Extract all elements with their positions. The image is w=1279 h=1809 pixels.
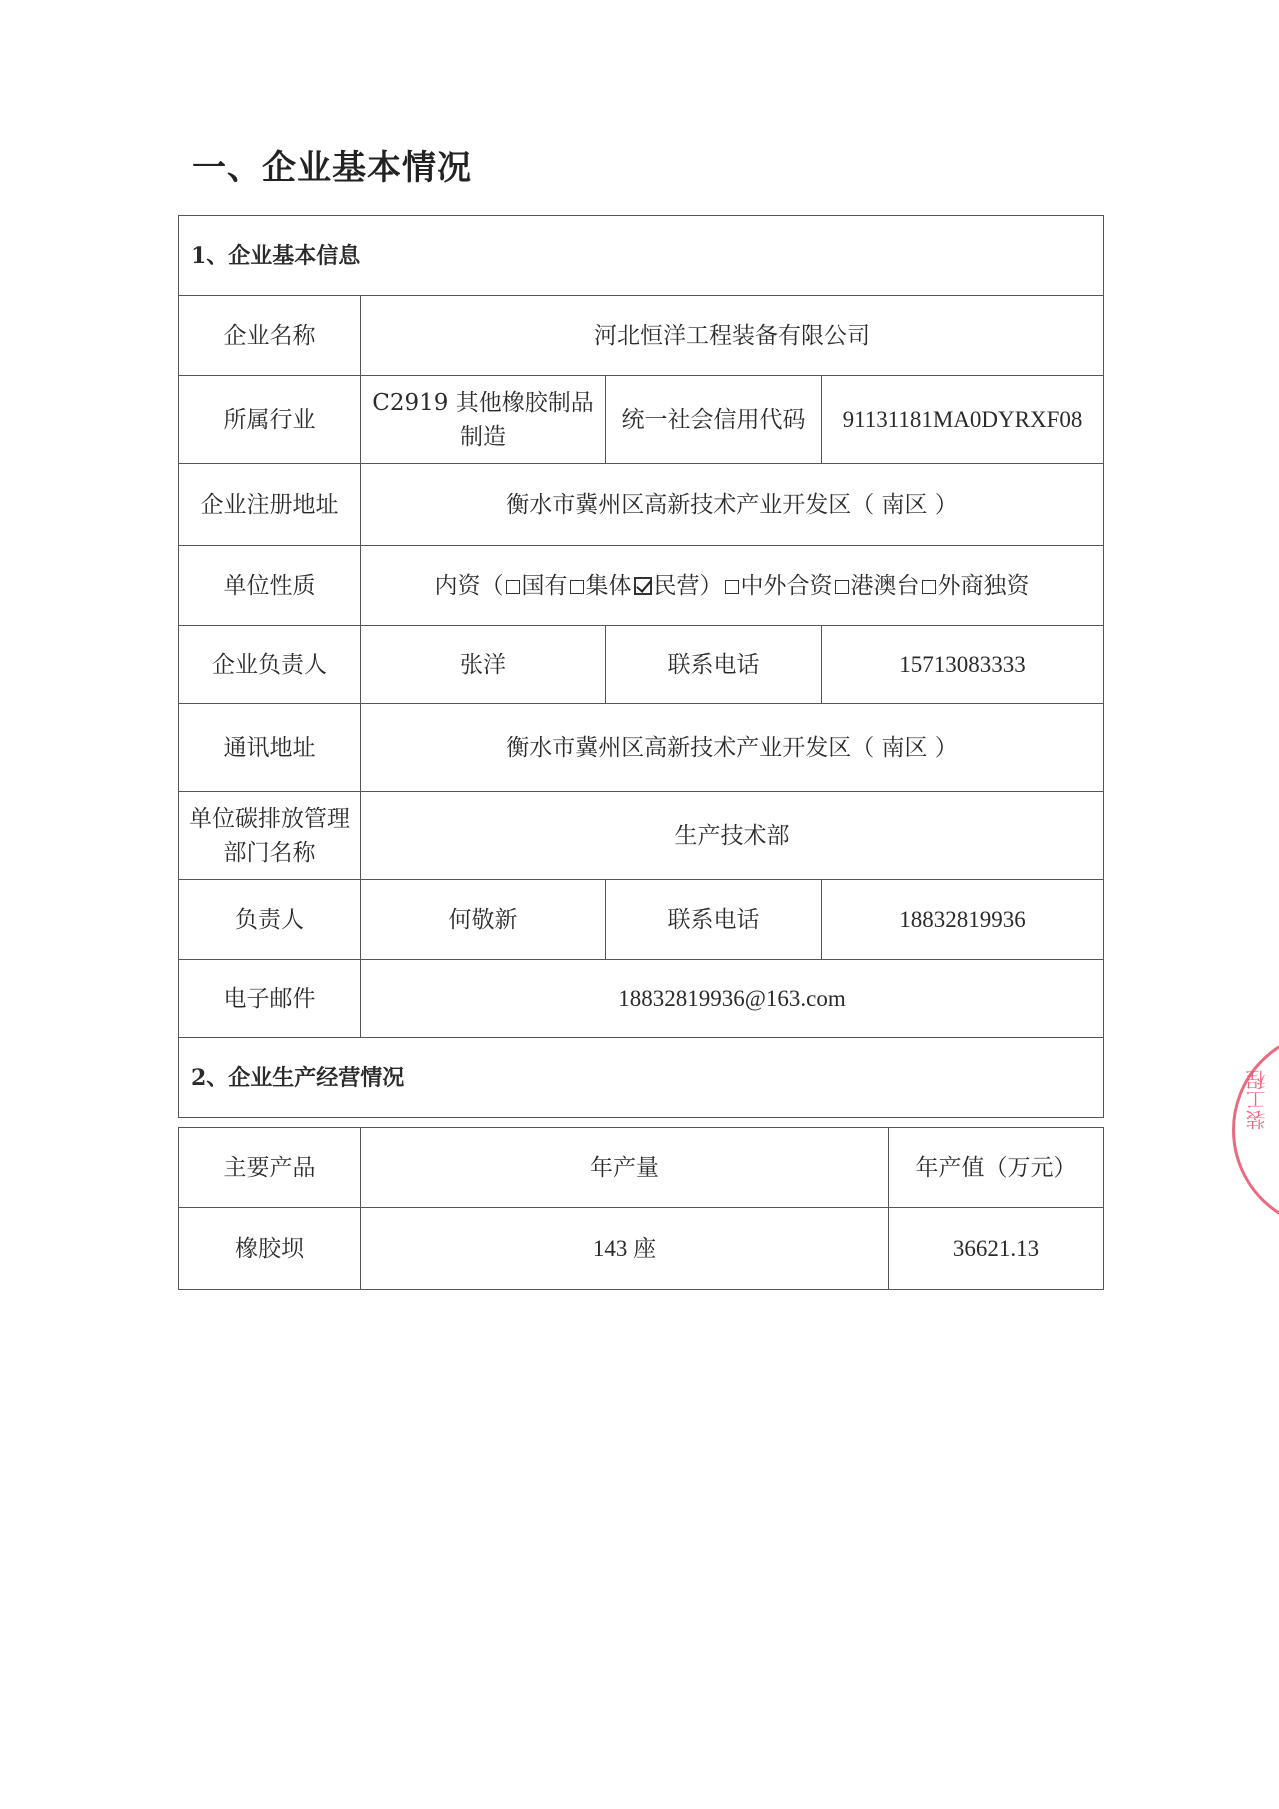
row-registered-address: 企业注册地址 衡水市冀州区高新技术产业开发区（ 南区 ）	[179, 464, 1104, 546]
company-seal-stamp: 装工程	[1232, 1030, 1279, 1230]
header-annual-value: 年产值（万元）	[889, 1128, 1104, 1208]
company-name-label: 企业名称	[179, 296, 361, 376]
section1-title: 1、企业基本信息	[179, 216, 1104, 296]
carbon-dept-label: 单位碳排放管理部门名称	[179, 792, 361, 880]
unit-nature-options: 内资（国有集体民营）中外合资港澳台外商独资	[361, 546, 1104, 626]
legal-rep-value: 张洋	[361, 626, 606, 704]
option-collective-label: 集体	[586, 573, 632, 599]
email-value: 18832819936@163.com	[361, 960, 1104, 1038]
row-industry: 所属行业 C2919 其他橡胶制品制造 统一社会信用代码 91131181MA0…	[179, 376, 1104, 464]
row-contact: 负责人 何敬新 联系电话 18832819936	[179, 880, 1104, 960]
mailing-address-label: 通讯地址	[179, 704, 361, 792]
seal-ring	[1232, 1030, 1279, 1230]
seal-text: 装工程	[1242, 1070, 1271, 1130]
product-name: 橡胶坝	[179, 1208, 361, 1290]
page-title: 一、企业基本情况	[192, 140, 472, 189]
row-company-name: 企业名称 河北恒洋工程装备有限公司	[179, 296, 1104, 376]
domestic-prefix: 内资（	[435, 573, 504, 599]
carbon-dept-value: 生产技术部	[361, 792, 1104, 880]
industry-value: C2919 其他橡胶制品制造	[361, 376, 606, 464]
contact-phone-label: 联系电话	[606, 880, 822, 960]
section2-header-row: 2、企业生产经营情况	[179, 1038, 1104, 1118]
row-unit-nature: 单位性质 内资（国有集体民营）中外合资港澳台外商独资	[179, 546, 1104, 626]
header-product: 主要产品	[179, 1128, 361, 1208]
unit-nature-label: 单位性质	[179, 546, 361, 626]
option-foreign-owned-label: 外商独资	[938, 573, 1030, 599]
contact-value: 何敬新	[361, 880, 606, 960]
checkbox-collective[interactable]	[570, 580, 584, 594]
company-name-value: 河北恒洋工程装备有限公司	[361, 296, 1104, 376]
checkbox-state-owned[interactable]	[506, 580, 520, 594]
legal-rep-phone-label: 联系电话	[606, 626, 822, 704]
checkbox-hk-macao-taiwan[interactable]	[835, 580, 849, 594]
checkbox-private-checked[interactable]	[634, 577, 652, 595]
row-legal-rep: 企业负责人 张洋 联系电话 15713083333	[179, 626, 1104, 704]
mailing-address-value: 衡水市冀州区高新技术产业开发区（ 南区 ）	[361, 704, 1104, 792]
industry-label: 所属行业	[179, 376, 361, 464]
registered-address-value: 衡水市冀州区高新技术产业开发区（ 南区 ）	[361, 464, 1104, 546]
table-row: 橡胶坝 143 座 36621.13	[179, 1208, 1104, 1290]
header-annual-output: 年产量	[361, 1128, 889, 1208]
option-joint-venture-label: 中外合资	[741, 573, 833, 599]
email-label: 电子邮件	[179, 960, 361, 1038]
section1-header-row: 1、企业基本信息	[179, 216, 1104, 296]
contact-label: 负责人	[179, 880, 361, 960]
product-value: 36621.13	[889, 1208, 1104, 1290]
option-private-label: 民营	[654, 573, 700, 599]
section2-title: 2、企业生产经营情况	[179, 1038, 1104, 1118]
registered-address-label: 企业注册地址	[179, 464, 361, 546]
row-mailing-address: 通讯地址 衡水市冀州区高新技术产业开发区（ 南区 ）	[179, 704, 1104, 792]
credit-code-label: 统一社会信用代码	[606, 376, 822, 464]
option-state-owned-label: 国有	[522, 573, 568, 599]
legal-rep-label: 企业负责人	[179, 626, 361, 704]
product-output: 143 座	[361, 1208, 889, 1290]
credit-code-value: 91131181MA0DYRXF08	[822, 376, 1104, 464]
checkbox-joint-venture[interactable]	[725, 580, 739, 594]
contact-phone-value: 18832819936	[822, 880, 1104, 960]
production-header-row: 主要产品 年产量 年产值（万元）	[179, 1128, 1104, 1208]
production-table: 主要产品 年产量 年产值（万元） 橡胶坝 143 座 36621.13	[178, 1127, 1104, 1290]
enterprise-info-table: 1、企业基本信息 企业名称 河北恒洋工程装备有限公司 所属行业 C2919 其他…	[178, 215, 1104, 1118]
row-carbon-dept: 单位碳排放管理部门名称 生产技术部	[179, 792, 1104, 880]
checkbox-foreign-owned[interactable]	[922, 580, 936, 594]
row-email: 电子邮件 18832819936@163.com	[179, 960, 1104, 1038]
legal-rep-phone-value: 15713083333	[822, 626, 1104, 704]
option-hk-macao-taiwan-label: 港澳台	[851, 573, 920, 599]
domestic-close: ）	[700, 573, 723, 599]
